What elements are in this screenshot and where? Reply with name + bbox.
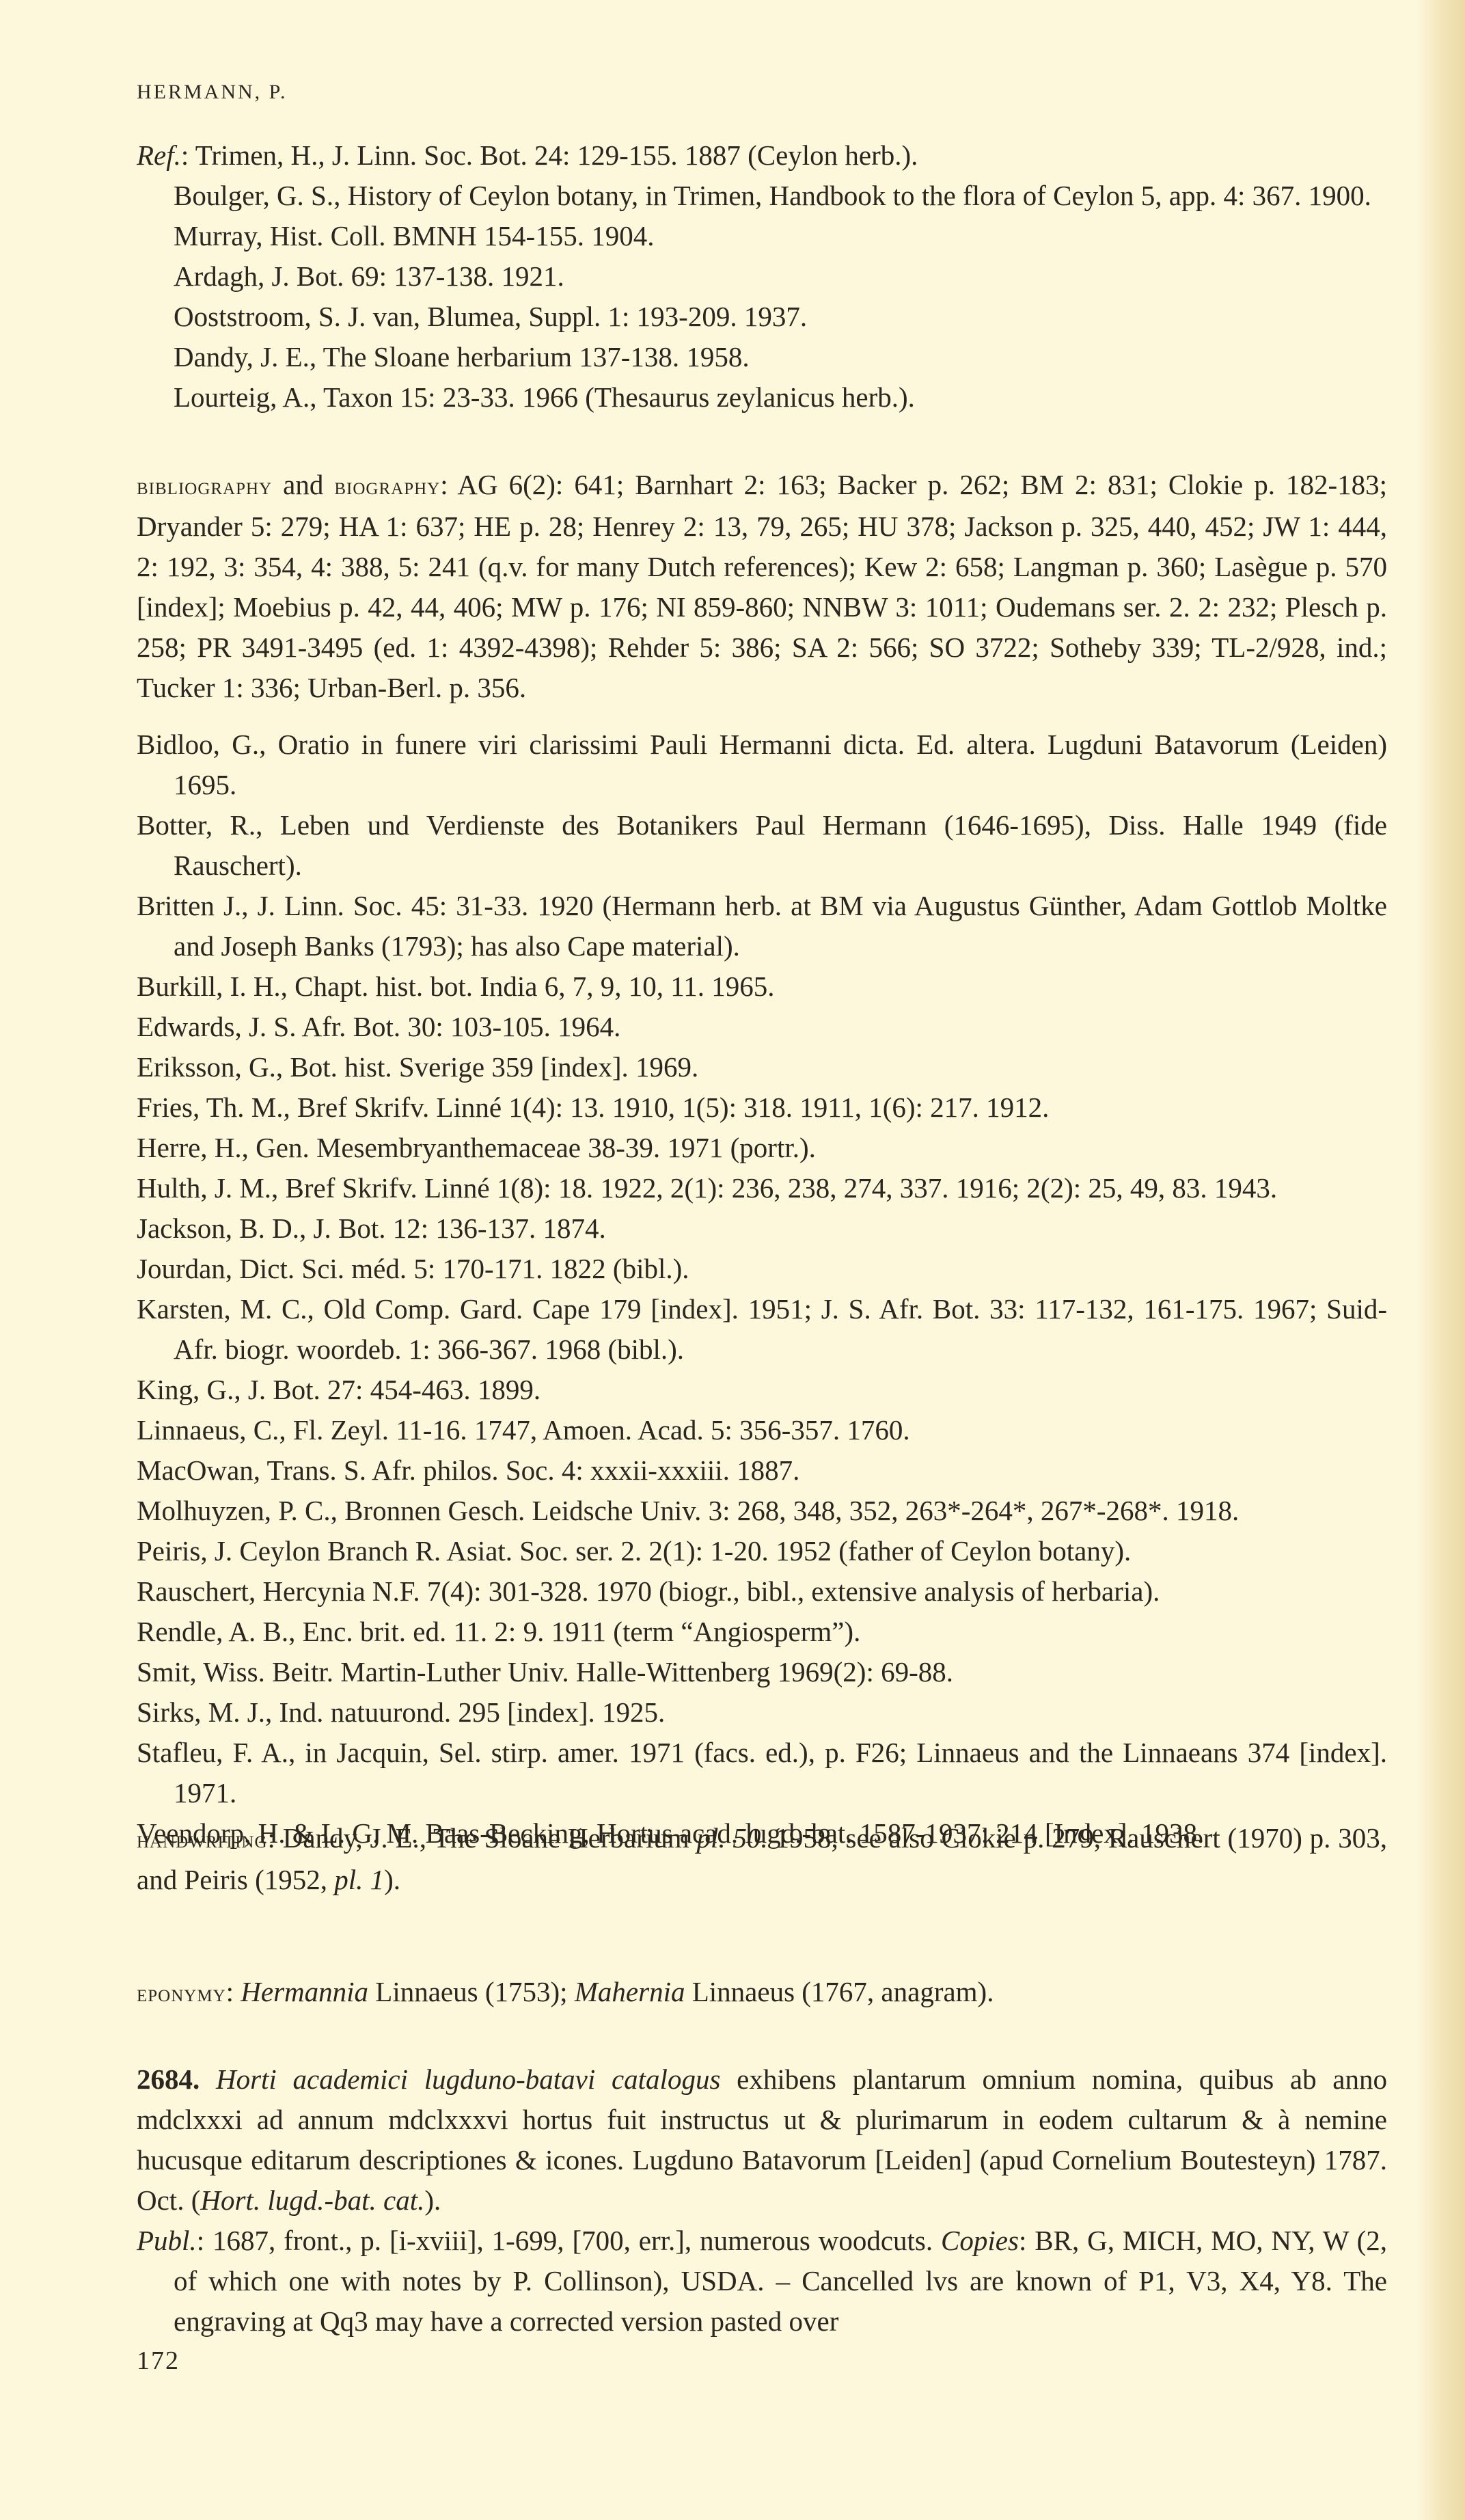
work-item: Britten J., J. Linn. Soc. 45: 31-33. 192… (137, 886, 1387, 966)
copies-label: Copies (941, 2225, 1019, 2256)
work-item: Burkill, I. H., Chapt. hist. bot. India … (137, 966, 1387, 1007)
reference-item: Ardagh, J. Bot. 69: 137-138. 1921. (174, 256, 1387, 297)
work-item: MacOwan, Trans. S. Afr. philos. Soc. 4: … (137, 1450, 1387, 1491)
handwriting-paragraph: handwriting: Dandy, J. E., The Sloane He… (137, 1818, 1387, 1900)
work-item: Sirks, M. J., Ind. natuurond. 295 [index… (137, 1692, 1387, 1733)
biography-label: biography (334, 472, 440, 500)
page-number: 172 (137, 2346, 180, 2376)
eponymy-label: eponymy (137, 1979, 226, 2007)
genus-name: Mahernia (575, 1976, 685, 2007)
eponymy-section: eponymy: Hermannia Linnaeus (1753); Mahe… (137, 1972, 1387, 2014)
bibliography-biography-section: bibliography and biography: AG 6(2): 641… (137, 465, 1387, 708)
work-item: Edwards, J. S. Afr. Bot. 30: 103-105. 19… (137, 1007, 1387, 1047)
work-item: Rauschert, Hercynia N.F. 7(4): 301-328. … (137, 1571, 1387, 1612)
work-item: Fries, Th. M., Bref Skrifv. Linné 1(4): … (137, 1087, 1387, 1128)
reference-item: Lourteig, A., Taxon 15: 23-33. 1966 (The… (174, 377, 1387, 418)
bibliography-text: AG 6(2): 641; Barnhart 2: 163; Backer p.… (137, 469, 1387, 703)
work-item: Rendle, A. B., Enc. brit. ed. 11. 2: 9. … (137, 1612, 1387, 1652)
work-item: Karsten, M. C., Old Comp. Gard. Cape 179… (137, 1289, 1387, 1370)
work-item: Botter, R., Leben und Verdienste des Bot… (137, 805, 1387, 886)
work-item: Eriksson, G., Bot. hist. Sverige 359 [in… (137, 1047, 1387, 1087)
work-item: Linnaeus, C., Fl. Zeyl. 11-16. 1747, Amo… (137, 1410, 1387, 1450)
entry-title-paragraph: 2684. Horti academici lugduno-batavi cat… (137, 2059, 1387, 2221)
work-item: Molhuyzen, P. C., Bronnen Gesch. Leidsch… (137, 1491, 1387, 1531)
work-item: Stafleu, F. A., in Jacquin, Sel. stirp. … (137, 1733, 1387, 1813)
genus-name: Hermannia (241, 1976, 368, 2007)
work-item: King, G., J. Bot. 27: 454-463. 1899. (137, 1370, 1387, 1410)
entry-number: 2684. (137, 2063, 200, 2095)
entry-abbreviation: Hort. lugd.-bat. cat. (200, 2184, 424, 2216)
handwriting-section: handwriting: Dandy, J. E., The Sloane He… (137, 1818, 1387, 1900)
eponymy-paragraph: eponymy: Hermannia Linnaeus (1753); Mahe… (137, 1972, 1387, 2014)
bibliography-label: bibliography (137, 472, 272, 500)
handwriting-label: handwriting (137, 1826, 268, 1853)
running-head: HERMANN, P. (137, 81, 288, 104)
work-item: Herre, H., Gen. Mesembryanthemaceae 38-3… (137, 1128, 1387, 1168)
references-section: Ref.: Trimen, H., J. Linn. Soc. Bot. 24:… (137, 135, 1387, 418)
reference-item: Murray, Hist. Coll. BMNH 154-155. 1904. (174, 216, 1387, 256)
reference-item: Dandy, J. E., The Sloane herbarium 137-1… (174, 337, 1387, 377)
work-item: Peiris, J. Ceylon Branch R. Asiat. Soc. … (137, 1531, 1387, 1571)
works-list: Bidloo, G., Oratio in funere viri claris… (137, 724, 1387, 1854)
entry-title: Horti academici lugduno-batavi catalogus (216, 2063, 720, 2095)
publ-label: Publ. (137, 2225, 197, 2256)
work-item: Hulth, J. M., Bref Skrifv. Linné 1(8): 1… (137, 1168, 1387, 1208)
bibliography-paragraph: bibliography and biography: AG 6(2): 641… (137, 465, 1387, 708)
references-label: Ref. (137, 139, 181, 171)
catalog-entry-2684: 2684. Horti academici lugduno-batavi cat… (137, 2059, 1387, 2342)
work-item: Bidloo, G., Oratio in funere viri claris… (137, 724, 1387, 805)
reference-item: Ref.: Trimen, H., J. Linn. Soc. Bot. 24:… (137, 135, 1387, 176)
publication-details: Publ.: 1687, front., p. [i-xviii], 1-699… (137, 2221, 1387, 2342)
work-item: Smit, Wiss. Beitr. Martin-Luther Univ. H… (137, 1652, 1387, 1692)
reference-item: Boulger, G. S., History of Ceylon botany… (174, 176, 1387, 216)
work-item: Jackson, B. D., J. Bot. 12: 136-137. 187… (137, 1208, 1387, 1249)
reference-item: Ooststroom, S. J. van, Blumea, Suppl. 1:… (174, 297, 1387, 337)
page-gutter-shadow (1417, 0, 1465, 2520)
work-item: Jourdan, Dict. Sci. méd. 5: 170-171. 182… (137, 1249, 1387, 1289)
